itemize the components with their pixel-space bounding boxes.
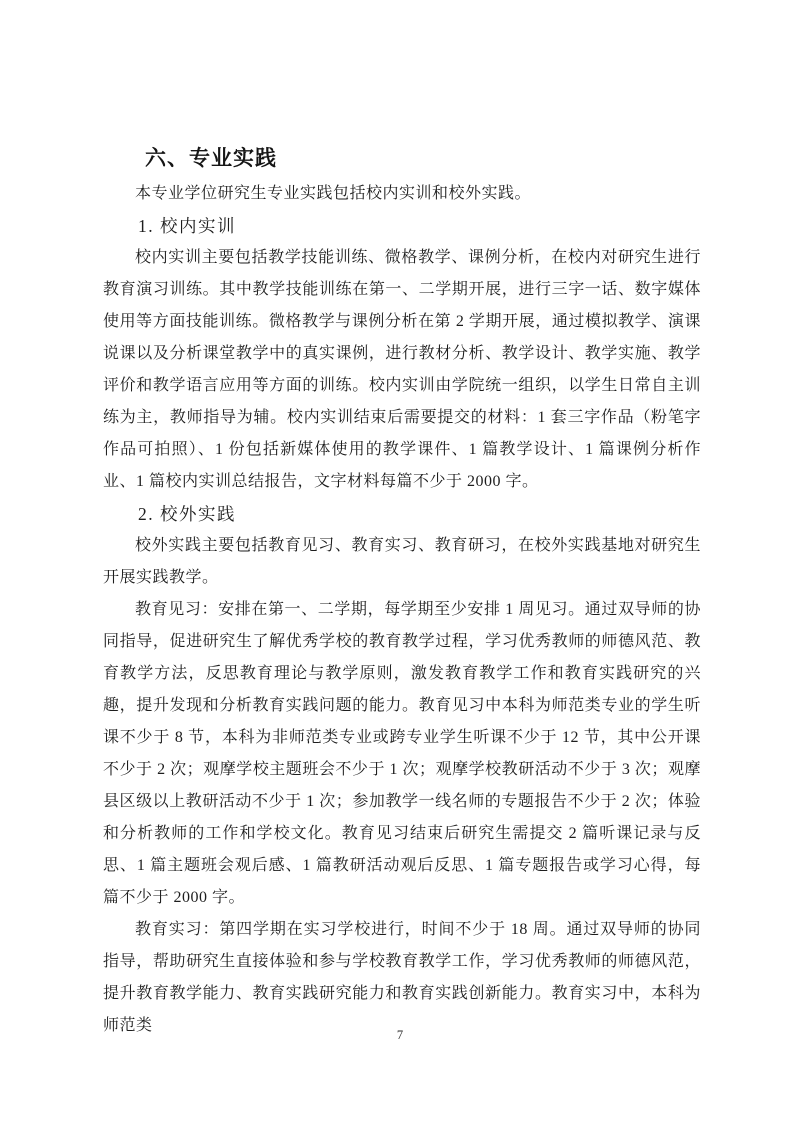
subsection-heading-campus-training: 1. 校内实训: [103, 210, 701, 242]
paragraph-education-internship: 教育实习：第四学期在实习学校进行，时间不少于 18 周。通过双导师的协同指导，帮…: [103, 914, 701, 1042]
subsection-heading-off-campus-practice: 2. 校外实践: [103, 498, 701, 530]
document-page: 六、专业实践 本专业学位研究生专业实践包括校内实训和校外实践。 1. 校内实训 …: [0, 0, 800, 1132]
paragraph-off-campus-overview: 校外实践主要包括教育见习、教育实习、教育研习，在校外实践基地对研究生开展实践教学…: [103, 530, 701, 594]
paragraph-education-observation: 教育见习：安排在第一、二学期，每学期至少安排 1 周见习。通过双导师的协同指导，…: [103, 594, 701, 914]
intro-paragraph: 本专业学位研究生专业实践包括校内实训和校外实践。: [103, 178, 701, 210]
document-content: 六、专业实践 本专业学位研究生专业实践包括校内实训和校外实践。 1. 校内实训 …: [103, 141, 701, 1042]
page-title: 六、专业实践: [103, 141, 701, 175]
paragraph-campus-training: 校内实训主要包括教学技能训练、微格教学、课例分析，在校内对研究生进行教育演习训练…: [103, 242, 701, 498]
page-number: 7: [0, 1026, 800, 1044]
